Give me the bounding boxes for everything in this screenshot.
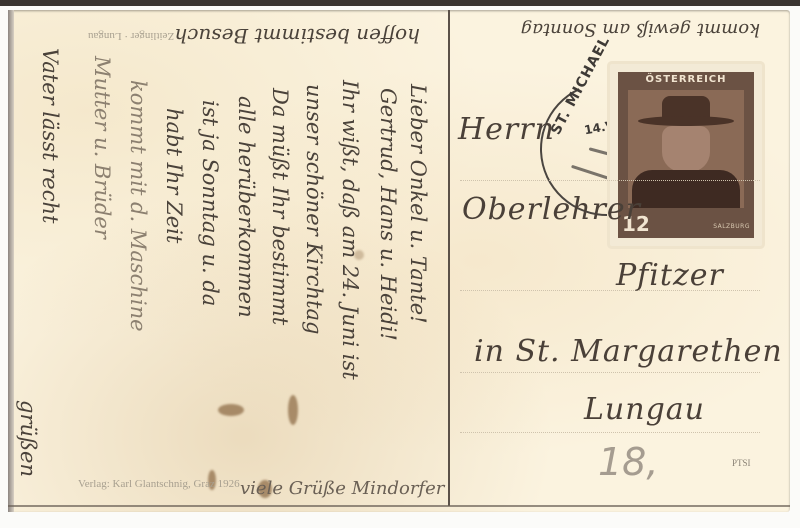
ink-stain	[288, 395, 298, 425]
coat-illustration	[632, 170, 740, 208]
message-line: Ihr wißt, daß am 24. Juni ist	[338, 80, 362, 380]
message-line: Vater lässt recht	[38, 48, 62, 223]
card-left-edge	[8, 10, 14, 512]
message-line: Da müßt Ihr bestimmt	[268, 88, 292, 325]
address-region: Lungau	[584, 392, 705, 427]
center-divider-line	[448, 10, 450, 506]
message-line: ist ja Sonntag u. da	[198, 100, 222, 306]
pencil-note: 18,	[598, 440, 658, 484]
ink-stain	[218, 404, 244, 416]
message-upside-down-right: kommt gewiß am Sonntag	[521, 19, 760, 40]
message-line: Gertrud, Hans u. Heidi!	[376, 88, 400, 341]
card-bottom-edge	[8, 505, 790, 507]
message-line: grüßen	[16, 400, 40, 477]
message-line: unser schöner Kirchtag	[302, 84, 326, 334]
message-line: alle herüberkommen	[234, 96, 258, 318]
message-line: habt Ihr Zeit	[162, 108, 186, 243]
address-guide-line	[460, 180, 760, 182]
address-town: in St. Margarethen	[474, 334, 783, 369]
stamp-country: ÖSTERREICH	[618, 74, 754, 85]
message-line: kommt mit d. Maschine	[126, 80, 150, 332]
face-illustration	[662, 126, 710, 172]
message-upside-down-left: hoffen bestimmt Besuch	[174, 24, 420, 48]
address-salutation: Herrn	[458, 112, 555, 147]
address-guide-line	[460, 432, 760, 434]
address-title: Oberlehrer	[462, 192, 641, 227]
publisher-imprint: Verlag: Karl Glantschnig, Graz 1926	[78, 478, 240, 490]
print-code: PTSI	[732, 458, 751, 468]
hat-brim	[638, 116, 734, 126]
address-name: Pfitzer	[616, 258, 724, 293]
message-line: Lieber Onkel u. Tante!	[406, 84, 430, 324]
scan-top-edge	[0, 0, 800, 6]
address-guide-line	[460, 372, 760, 374]
publisher-mirrored-top: Zeitlinger · Lungau	[88, 30, 174, 42]
stamp-portrait	[628, 90, 744, 208]
stamp-caption: SALZBURG	[648, 223, 750, 230]
message-line: Mutter u. Brüder	[90, 56, 114, 239]
message-signoff: viele Grüße Mindorfer	[240, 478, 444, 499]
